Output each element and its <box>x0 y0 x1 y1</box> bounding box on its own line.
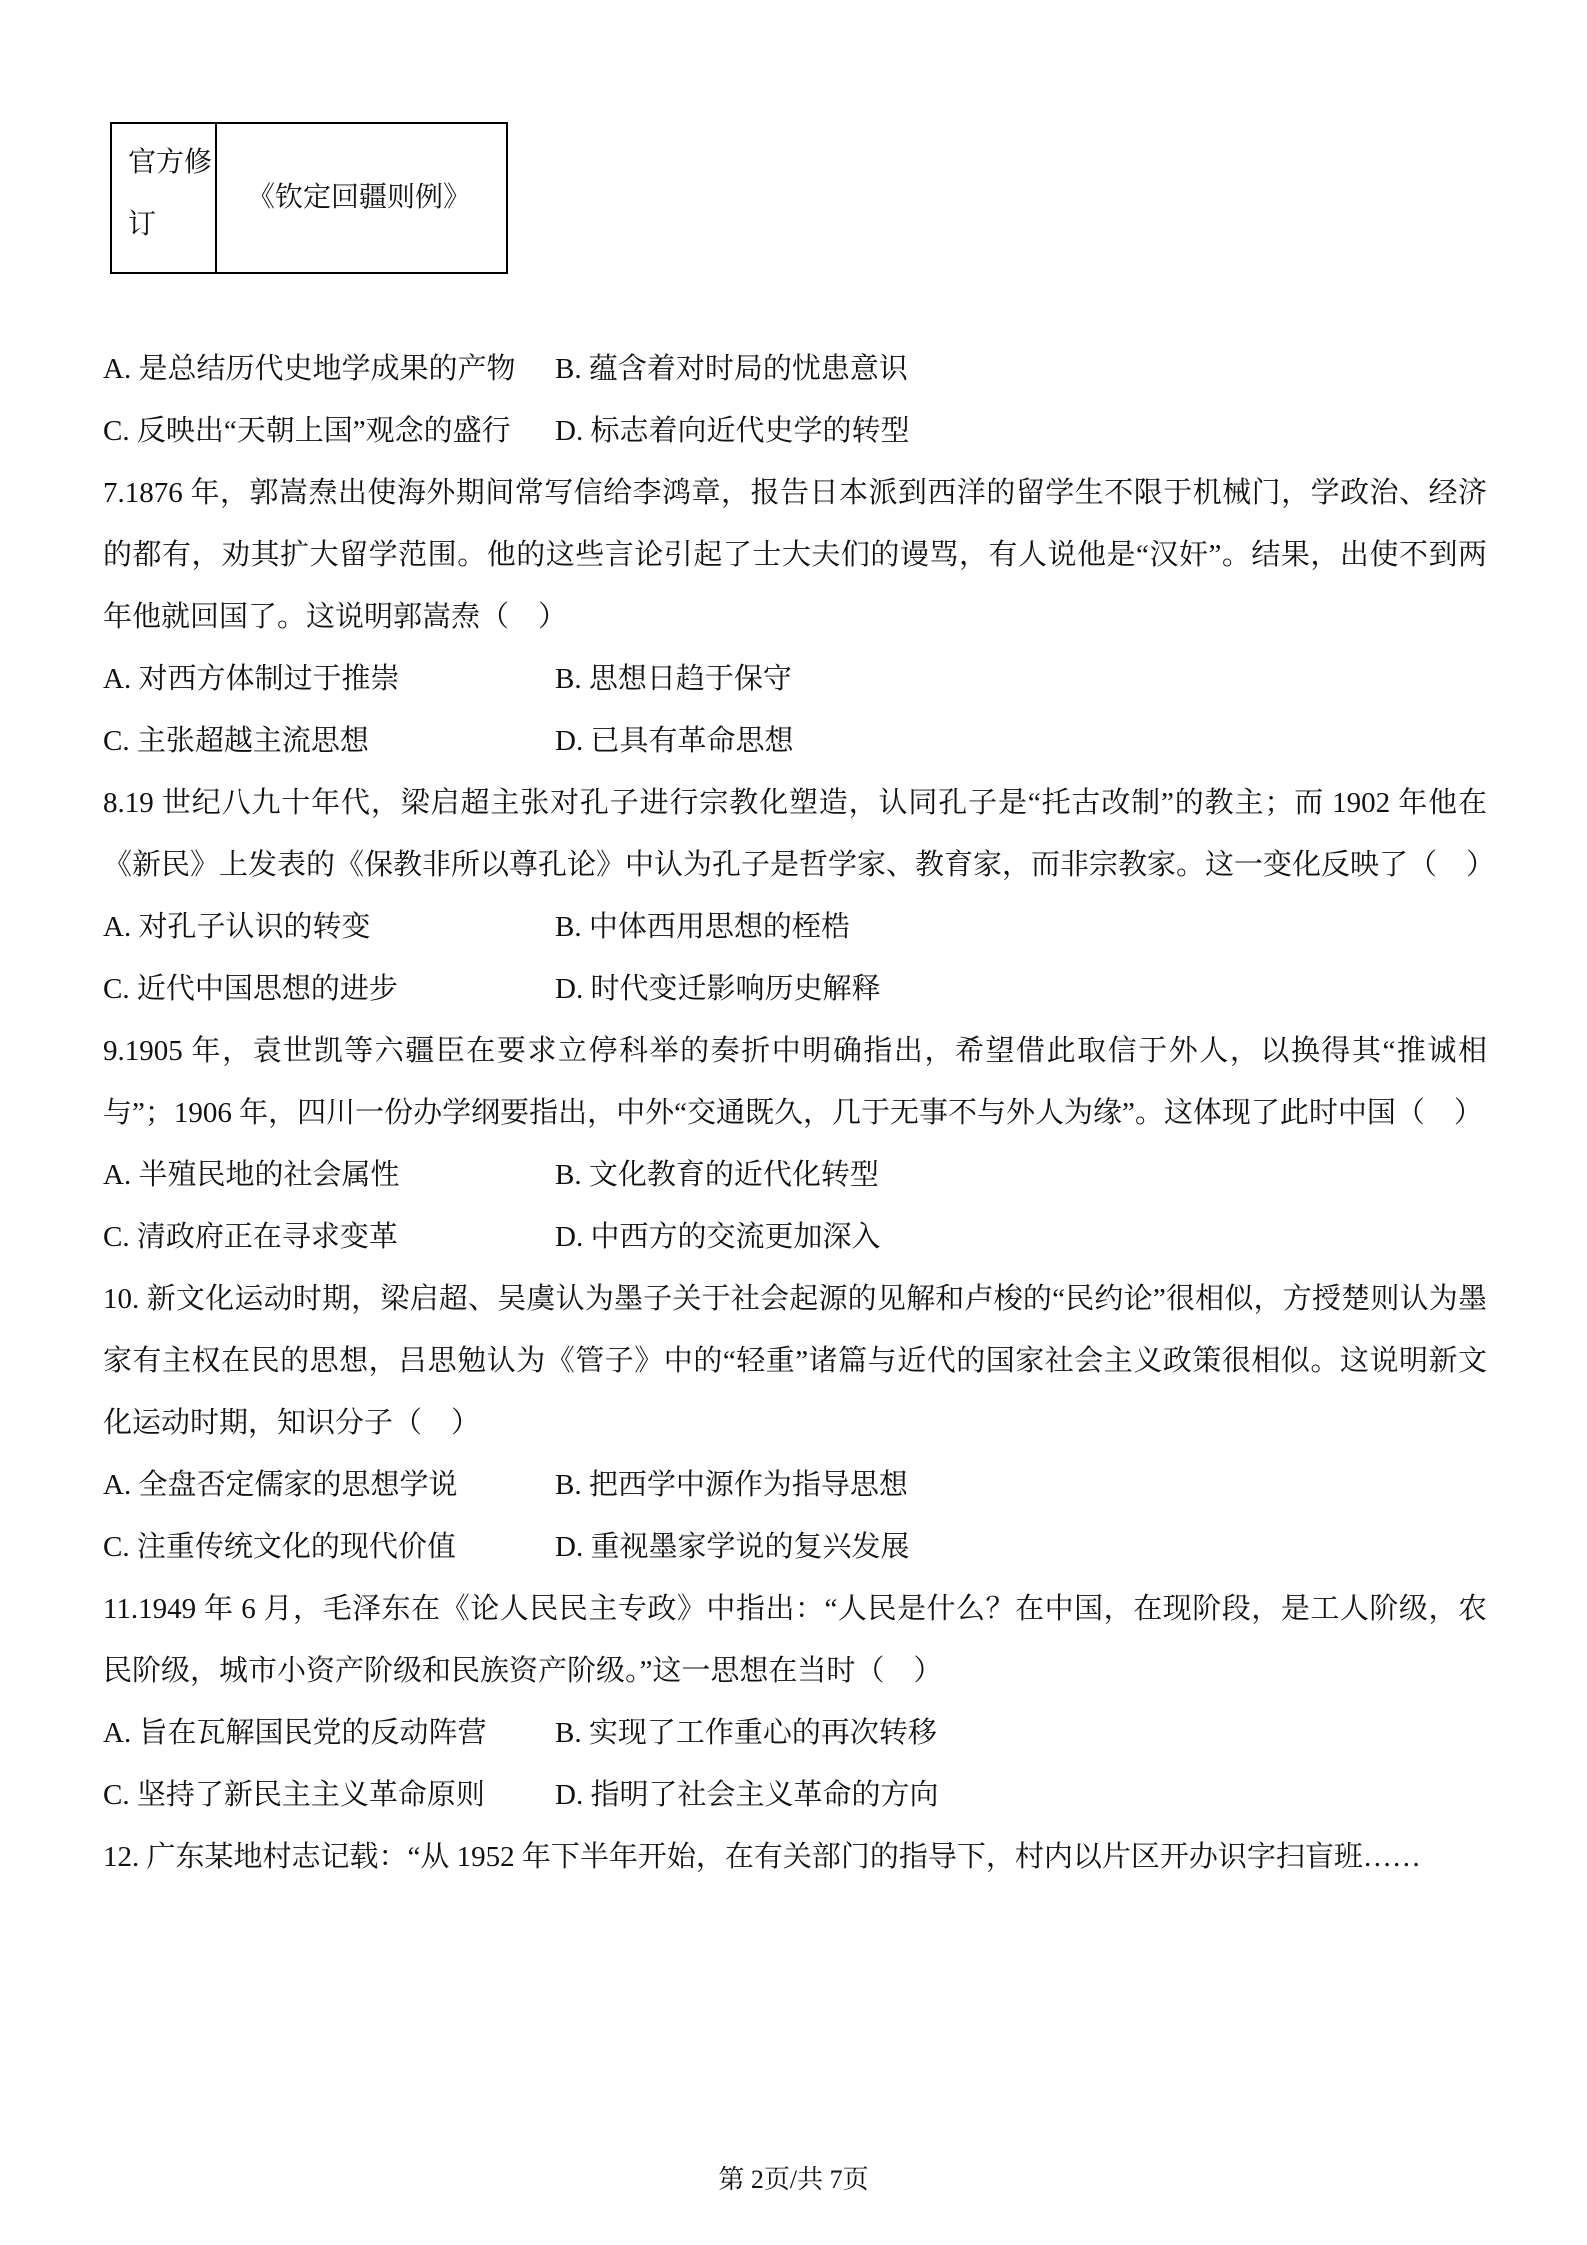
question-6-option-d: D. 标志着向近代史学的转型 <box>555 400 1487 462</box>
question-6-options: A. 是总结历代史地学成果的产物 B. 蕴含着对时局的忧患意识 C. 反映出“天… <box>103 338 1487 462</box>
question-6-options-row-ab: A. 是总结历代史地学成果的产物 B. 蕴含着对时局的忧患意识 <box>103 338 1487 400</box>
question-8: 8.19 世纪八九十年代，梁启超主张对孔子进行宗教化塑造，认同孔子是“托古改制”… <box>103 772 1487 1020</box>
question-9-option-c: C. 清政府正在寻求变革 <box>103 1206 555 1268</box>
question-7: 7.1876 年，郭嵩焘出使海外期间常写信给李鸿章，报告日本派到西洋的留学生不限… <box>103 462 1487 772</box>
question-10-option-a: A. 全盘否定儒家的思想学说 <box>103 1454 555 1516</box>
question-7-option-c: C. 主张超越主流思想 <box>103 710 555 772</box>
question-10: 10. 新文化运动时期，梁启超、吴虞认为墨子关于社会起源的见解和卢梭的“民约论”… <box>103 1268 1487 1578</box>
question-9-option-b: B. 文化教育的近代化转型 <box>555 1144 1487 1206</box>
question-9-stem: 9.1905 年，袁世凯等六疆臣在要求立停科举的奏折中明确指出，希望借此取信于外… <box>103 1020 1487 1144</box>
question-10-option-d: D. 重视墨家学说的复兴发展 <box>555 1516 1487 1578</box>
question-8-option-d: D. 时代变迁影响历史解释 <box>555 958 1487 1020</box>
question-7-option-a: A. 对西方体制过于推崇 <box>103 648 555 710</box>
question-11-stem: 11.1949 年 6 月，毛泽东在《论人民民主专政》中指出：“人民是什么？在中… <box>103 1578 1487 1702</box>
question-8-option-a: A. 对孔子认识的转变 <box>103 896 555 958</box>
question-10-options-row-cd: C. 注重传统文化的现代价值 D. 重视墨家学说的复兴发展 <box>103 1516 1487 1578</box>
question-11-option-c: C. 坚持了新民主主义革命原则 <box>103 1764 555 1826</box>
question-8-stem: 8.19 世纪八九十年代，梁启超主张对孔子进行宗教化塑造，认同孔子是“托古改制”… <box>103 772 1487 896</box>
question-7-option-b: B. 思想日趋于保守 <box>555 648 1487 710</box>
question-7-stem: 7.1876 年，郭嵩焘出使海外期间常写信给李鸿章，报告日本派到西洋的留学生不限… <box>103 462 1487 648</box>
question-9-option-a: A. 半殖民地的社会属性 <box>103 1144 555 1206</box>
question-11-options-row-ab: A. 旨在瓦解国民党的反动阵营 B. 实现了工作重心的再次转移 <box>103 1702 1487 1764</box>
question-10-option-b: B. 把西学中源作为指导思想 <box>555 1454 1487 1516</box>
question-8-option-c: C. 近代中国思想的进步 <box>103 958 555 1020</box>
question-10-stem: 10. 新文化运动时期，梁启超、吴虞认为墨子关于社会起源的见解和卢梭的“民约论”… <box>103 1268 1487 1454</box>
table-cell-revision-label: 官方修订 <box>111 123 216 273</box>
table-cell-book-title: 《钦定回疆则例》 <box>216 123 507 273</box>
question-11-options-row-cd: C. 坚持了新民主主义革命原则 D. 指明了社会主义革命的方向 <box>103 1764 1487 1826</box>
question-6-option-c: C. 反映出“天朝上国”观念的盛行 <box>103 400 555 462</box>
question-10-options-row-ab: A. 全盘否定儒家的思想学说 B. 把西学中源作为指导思想 <box>103 1454 1487 1516</box>
question-7-options-row-cd: C. 主张超越主流思想 D. 已具有革命思想 <box>103 710 1487 772</box>
page-footer: 第 2页/共 7页 <box>0 2160 1587 2200</box>
question-12: 12. 广东某地村志记载：“从 1952 年下半年开始，在有关部门的指导下，村内… <box>103 1826 1487 1888</box>
question-9-options-row-ab: A. 半殖民地的社会属性 B. 文化教育的近代化转型 <box>103 1144 1487 1206</box>
question-6-options-row-cd: C. 反映出“天朝上国”观念的盛行 D. 标志着向近代史学的转型 <box>103 400 1487 462</box>
question-11-option-b: B. 实现了工作重心的再次转移 <box>555 1702 1487 1764</box>
question-9-options-row-cd: C. 清政府正在寻求变革 D. 中西方的交流更加深入 <box>103 1206 1487 1268</box>
question-8-option-b: B. 中体西用思想的桎梏 <box>555 896 1487 958</box>
question-7-options-row-ab: A. 对西方体制过于推崇 B. 思想日趋于保守 <box>103 648 1487 710</box>
question-11-option-a: A. 旨在瓦解国民党的反动阵营 <box>103 1702 555 1764</box>
exam-content: 官方修订 《钦定回疆则例》 A. 是总结历代史地学成果的产物 B. 蕴含着对时局… <box>103 122 1487 1888</box>
exam-page: 官方修订 《钦定回疆则例》 A. 是总结历代史地学成果的产物 B. 蕴含着对时局… <box>0 0 1587 2245</box>
question-10-option-c: C. 注重传统文化的现代价值 <box>103 1516 555 1578</box>
source-table: 官方修订 《钦定回疆则例》 <box>110 122 508 274</box>
question-11-option-d: D. 指明了社会主义革命的方向 <box>555 1764 1487 1826</box>
question-11: 11.1949 年 6 月，毛泽东在《论人民民主专政》中指出：“人民是什么？在中… <box>103 1578 1487 1826</box>
question-8-options-row-ab: A. 对孔子认识的转变 B. 中体西用思想的桎梏 <box>103 896 1487 958</box>
question-9-option-d: D. 中西方的交流更加深入 <box>555 1206 1487 1268</box>
question-8-options-row-cd: C. 近代中国思想的进步 D. 时代变迁影响历史解释 <box>103 958 1487 1020</box>
question-6-option-b: B. 蕴含着对时局的忧患意识 <box>555 338 1487 400</box>
table-row: 官方修订 《钦定回疆则例》 <box>111 123 507 273</box>
question-6-option-a: A. 是总结历代史地学成果的产物 <box>103 338 555 400</box>
question-9: 9.1905 年，袁世凯等六疆臣在要求立停科举的奏折中明确指出，希望借此取信于外… <box>103 1020 1487 1268</box>
question-12-stem-partial: 12. 广东某地村志记载：“从 1952 年下半年开始，在有关部门的指导下，村内… <box>103 1826 1487 1888</box>
question-7-option-d: D. 已具有革命思想 <box>555 710 1487 772</box>
